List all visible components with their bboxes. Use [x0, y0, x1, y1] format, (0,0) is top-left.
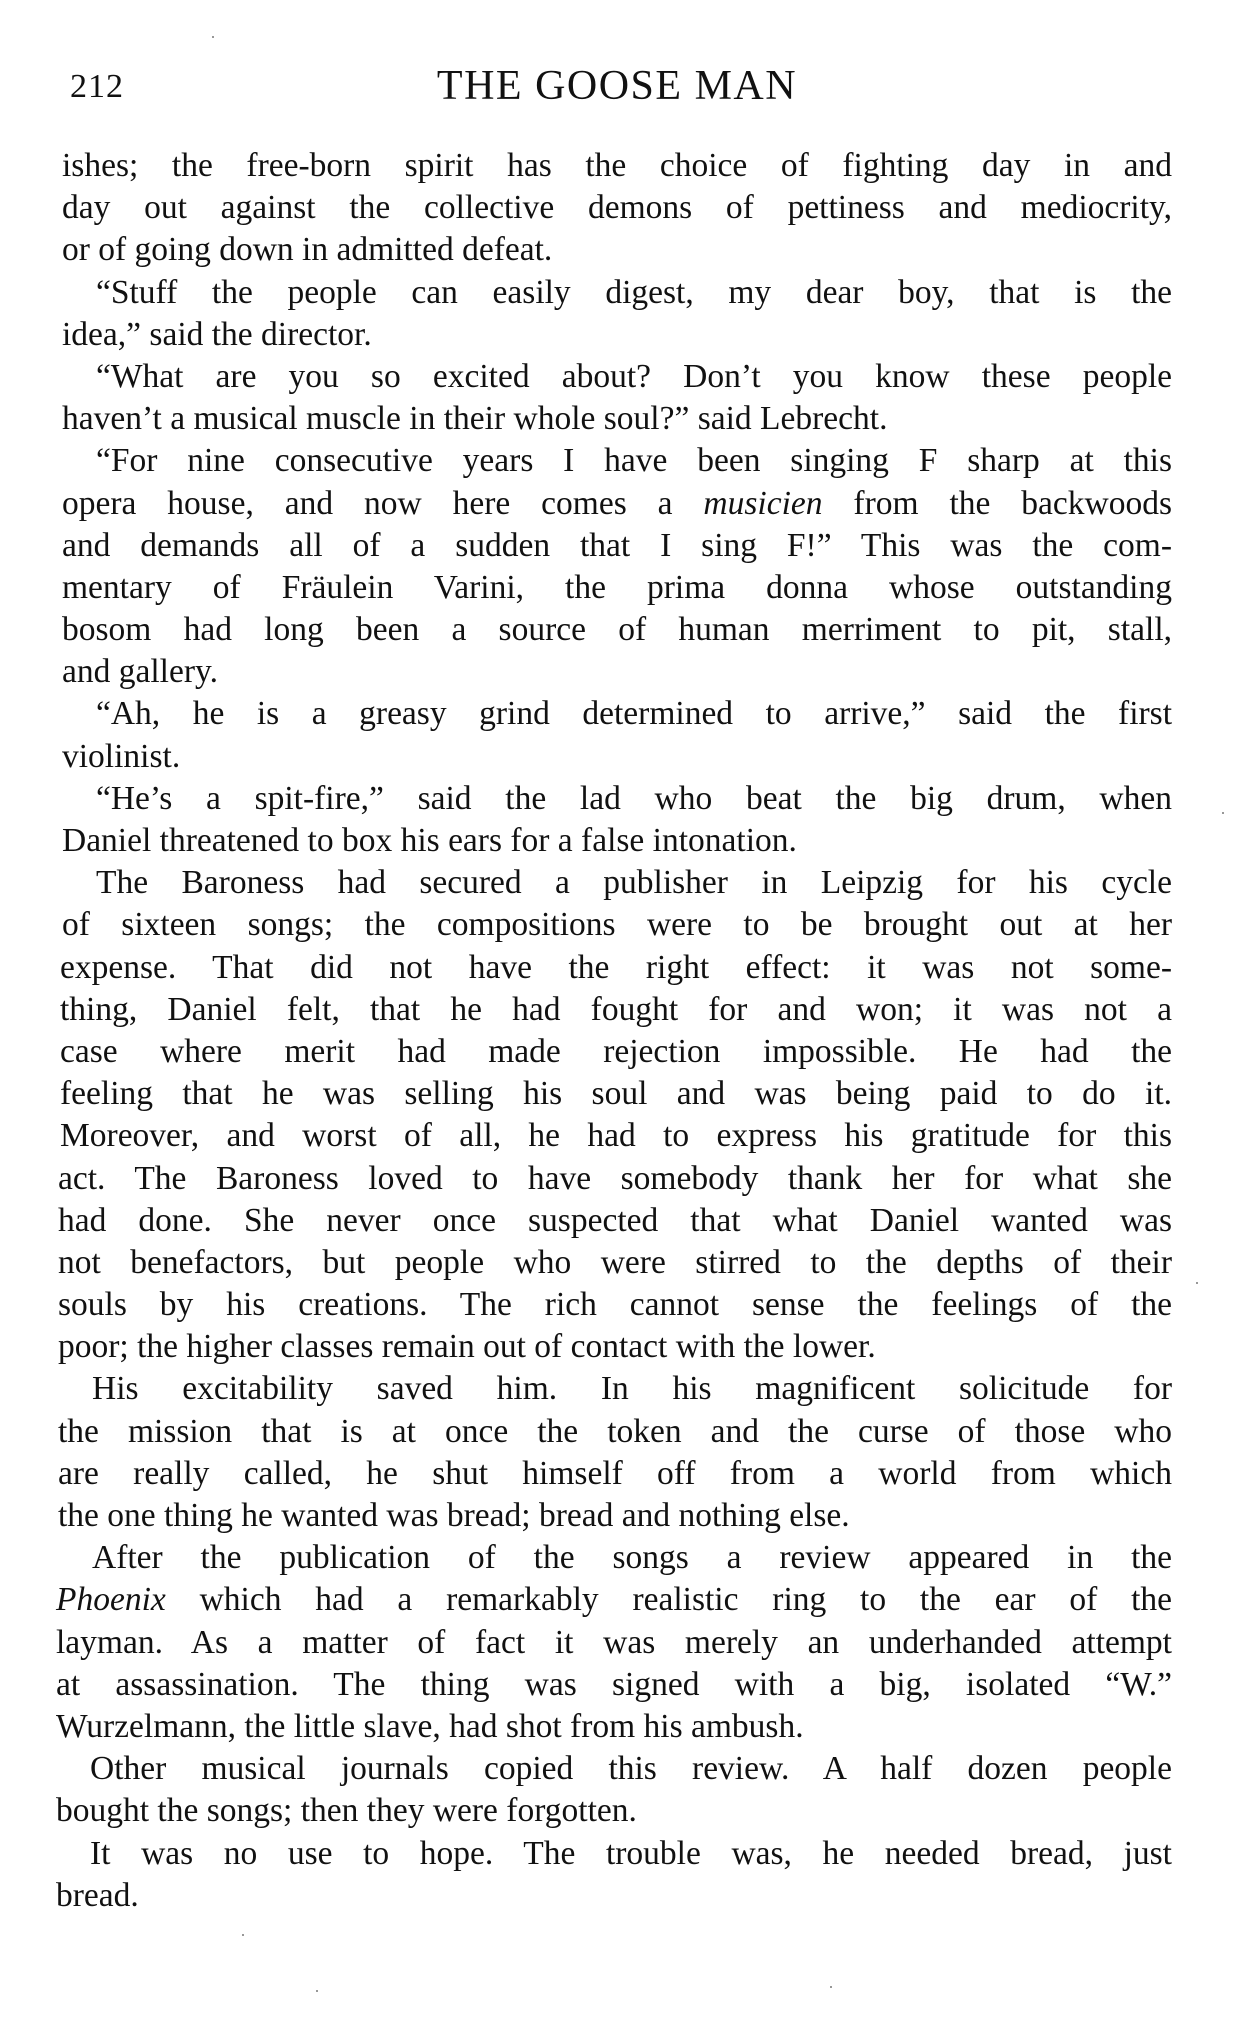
paragraph-start-line: After the publication of the songs a rev… — [58, 1537, 1172, 1579]
paragraph-start-line: “Ah, he is a greasy grind determined to … — [62, 693, 1172, 735]
text-line: and demands all of a sudden that I sing … — [62, 525, 1172, 567]
text-segment: from the backwoods — [823, 485, 1172, 522]
text-line: souls by his creations. The rich cannot … — [58, 1284, 1172, 1326]
paragraph-start-line: “For nine consecutive years I have been … — [62, 440, 1172, 482]
text-line: Daniel threatened to box his ears for a … — [62, 820, 1172, 862]
scan-speck — [316, 1990, 318, 1992]
text-line: Phoenix which had a remarkably realistic… — [56, 1579, 1172, 1621]
scan-speck — [242, 1934, 244, 1936]
paragraph-start-line: “He’s a spit-fire,” said the lad who bea… — [62, 778, 1172, 820]
text-line: case where merit had made rejection impo… — [60, 1031, 1172, 1073]
text-line: at assassination. The thing was signed w… — [56, 1664, 1172, 1706]
text-line: the one thing he wanted was bread; bread… — [58, 1495, 1172, 1537]
text-line: and gallery. — [62, 651, 1172, 693]
text-line: had done. She never once suspected that … — [58, 1200, 1172, 1242]
paragraph-start-line: “Stuff the people can easily digest, my … — [62, 272, 1172, 314]
body-text: ishes; the free-born spirit has the choi… — [62, 145, 1172, 1917]
text-line: feeling that he was selling his soul and… — [60, 1073, 1172, 1115]
scan-speck — [830, 1986, 832, 1988]
text-line: are really called, he shut himself off f… — [58, 1453, 1172, 1495]
scan-speck — [212, 36, 214, 38]
italic-title: Phoenix — [56, 1581, 166, 1618]
text-line: Wurzelmann, the little slave, had shot f… — [56, 1706, 1172, 1748]
text-line: day out against the collective demons of… — [62, 187, 1172, 229]
text-line: idea,” said the director. — [62, 314, 1172, 356]
text-line: haven’t a musical muscle in their whole … — [62, 398, 1172, 440]
italic-word: musicien — [703, 485, 822, 522]
scan-speck — [1196, 1282, 1198, 1284]
paragraph-start-line: His excitability saved him. In his magni… — [58, 1368, 1172, 1410]
text-line: bread. — [56, 1875, 1172, 1917]
text-line: ishes; the free-born spirit has the choi… — [62, 145, 1172, 187]
paragraph-start-line: “What are you so excited about? Don’t yo… — [62, 356, 1172, 398]
text-line: expense. That did not have the right eff… — [60, 947, 1172, 989]
text-line: opera house, and now here comes a musici… — [62, 483, 1172, 525]
text-line: of sixteen songs; the compositions were … — [62, 904, 1172, 946]
text-line: Moreover, and worst of all, he had to ex… — [60, 1115, 1172, 1157]
text-line: layman. As a matter of fact it was merel… — [56, 1622, 1172, 1664]
text-line: bought the songs; then they were forgott… — [56, 1790, 1172, 1832]
text-line: or of going down in admitted defeat. — [62, 229, 1172, 271]
running-head: 212 THE GOOSE MAN — [62, 62, 1172, 122]
text-line: the mission that is at once the token an… — [58, 1411, 1172, 1453]
text-line: bosom had long been a source of human me… — [62, 609, 1172, 651]
text-line: thing, Daniel felt, that he had fought f… — [60, 989, 1172, 1031]
text-line: violinist. — [62, 736, 1172, 778]
text-line: mentary of Fräulein Varini, the prima do… — [62, 567, 1172, 609]
book-page: 212 THE GOOSE MAN ishes; the free-born s… — [0, 0, 1234, 2033]
text-line: poor; the higher classes remain out of c… — [58, 1326, 1172, 1368]
paragraph-start-line: The Baroness had secured a publisher in … — [62, 862, 1172, 904]
text-segment: opera house, and now here comes a — [62, 485, 703, 522]
text-line: not benefactors, but people who were sti… — [58, 1242, 1172, 1284]
text-segment: which had a remarkably realistic ring to… — [166, 1581, 1172, 1618]
scan-speck — [1222, 812, 1224, 814]
paragraph-start-line: Other musical journals copied this revie… — [56, 1748, 1172, 1790]
book-title: THE GOOSE MAN — [62, 62, 1172, 110]
paragraph-start-line: It was no use to hope. The trouble was, … — [56, 1833, 1172, 1875]
text-line: act. The Baroness loved to have somebody… — [58, 1158, 1172, 1200]
